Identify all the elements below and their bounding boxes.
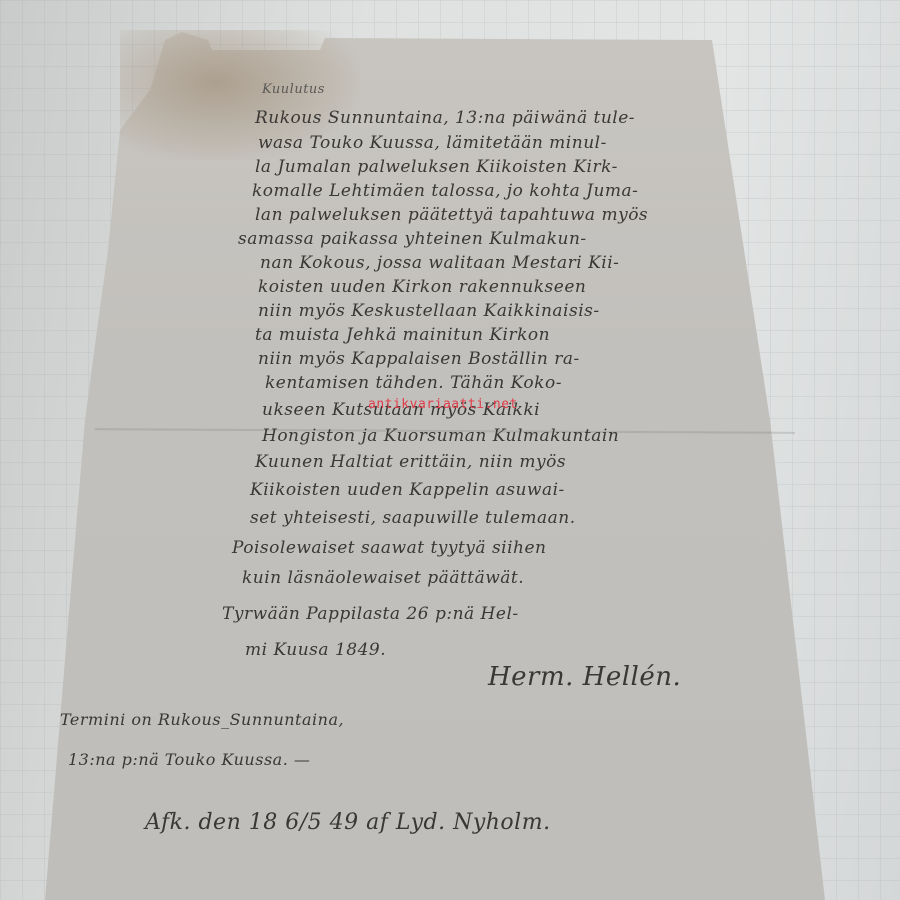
body-line: samassa paikassa yhteinen Kulmakun- (238, 229, 587, 249)
body-line: Kiikoisten uuden Kappelin asuwai- (250, 480, 565, 500)
note-line: Termini on Rukous_Sunnuntaina, (60, 710, 344, 729)
body-line: kuin läsnäolewaiset päättäwät. (242, 568, 524, 588)
body-line: la Jumalan palweluksen Kiikoisten Kirk- (255, 157, 618, 177)
body-line: komalle Lehtimäen talossa, jo kohta Juma… (252, 181, 638, 201)
body-line: set yhteisesti, saapuwille tulemaan. (250, 508, 576, 528)
body-line: niin myös Keskustellaan Kaikkinaisis- (258, 301, 600, 321)
body-line: Kuunen Haltiat erittäin, niin myös (255, 452, 566, 472)
body-line: Tyrwään Pappilasta 26 p:nä Hel- (222, 604, 519, 624)
body-line: nan Kokous, jossa walitaan Mestari Kii- (260, 253, 619, 273)
body-line: Poisolewaiset saawat tyytyä siihen (232, 538, 547, 558)
body-line: Rukous Sunnuntaina, 13:na päiwänä tule- (255, 108, 635, 128)
body-line: kentamisen tähden. Tähän Koko- (265, 373, 562, 393)
body-line: wasa Touko Kuussa, lämitetään minul- (258, 133, 607, 153)
body-line: Hongiston ja Kuorsuman Kulmakuntain (262, 426, 619, 446)
note-line: 13:na p:nä Touko Kuussa. — (68, 750, 310, 769)
body-line: koisten uuden Kirkon rakennukseen (258, 277, 586, 297)
attestation-line: Afk. den 18 6/5 49 af Lyd. Nyholm. (145, 810, 551, 835)
body-line: niin myös Kappalaisen Boställin ra- (258, 349, 580, 369)
document-heading: Kuulutus (262, 82, 325, 97)
signature: Herm. Hellén. (488, 662, 681, 692)
body-line: lan palweluksen päätettyä tapahtuwa myös (255, 205, 648, 225)
body-line: mi Kuusa 1849. (245, 640, 386, 660)
body-line: ta muista Jehkä mainitun Kirkon (255, 325, 550, 345)
watermark: antikvariaatti.net (368, 397, 518, 412)
